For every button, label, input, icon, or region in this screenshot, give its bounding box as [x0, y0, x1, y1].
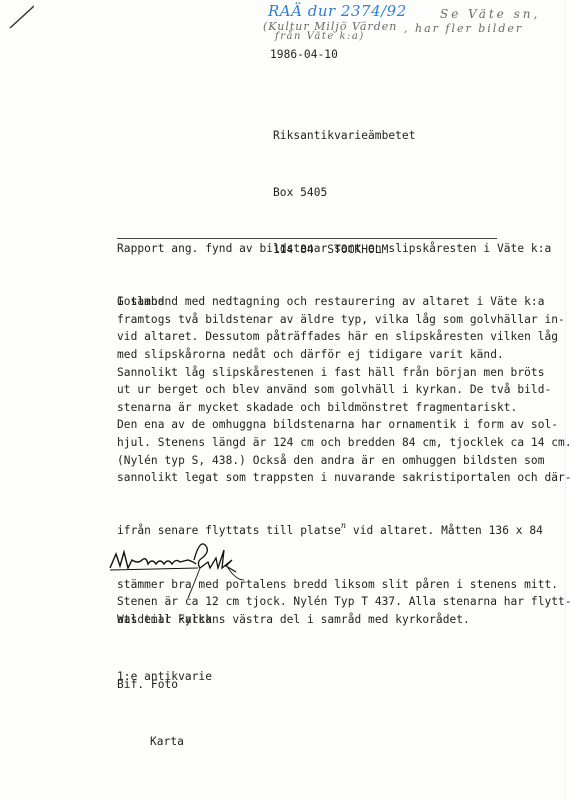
body-line: framtogs två bildstenar av äldre typ, vi… [117, 311, 572, 329]
subject-line-1: Rapport ang. fynd av bildstenar samt en … [117, 240, 551, 258]
body-line-insert: ifrån senare flyttats till platsen vid a… [117, 522, 572, 541]
enclosures-block: Bif. Foto Karta [117, 637, 184, 770]
body-line: ut ur berget och blev använd som golvhäl… [117, 381, 572, 399]
body-line: med slipskårorna nedåt och därför ej tid… [117, 346, 572, 364]
letter-date: 1986-04-10 [270, 46, 338, 64]
recipient-name: Riksantikvarieämbetet [273, 126, 416, 145]
handwritten-note-left-2: från Väte k:a) [275, 31, 365, 42]
handwritten-note-right-2: , har fler bilder [404, 22, 523, 35]
handwritten-note-right-1: Se Väte sn, [440, 7, 540, 21]
handwritten-insert-mark: n [341, 521, 346, 530]
body-line: Sannolikt låg slipskårestenen i fast häl… [117, 364, 572, 382]
body-line: stenarna är mycket skadade och bildmönst… [117, 399, 572, 417]
body-line: sannolikt legat som trappsten i nuvarand… [117, 469, 572, 487]
body-line: vid altaret. Dessutom påträffades här en… [117, 328, 572, 346]
enclosure-foto: Bif. Foto [117, 675, 184, 694]
body-line: (Nylén typ S, 438.) Också den andra är e… [117, 452, 572, 470]
reference-number-annotation: RAÄ dur 2374/92 [268, 2, 407, 20]
signer-name: Waldemar Falck [117, 610, 212, 629]
enclosure-karta: Karta [117, 732, 184, 751]
body-line: I samband med nedtagning och restaurerin… [117, 293, 572, 311]
recipient-box: Box 5405 [273, 183, 416, 202]
body-line: hjul. Stenens längd är 124 cm och bredde… [117, 434, 572, 452]
body-line: Den ena av de omhuggna bildstenarna har … [117, 416, 572, 434]
subject-underline [117, 238, 497, 239]
pencil-stroke-mark [4, 2, 34, 32]
